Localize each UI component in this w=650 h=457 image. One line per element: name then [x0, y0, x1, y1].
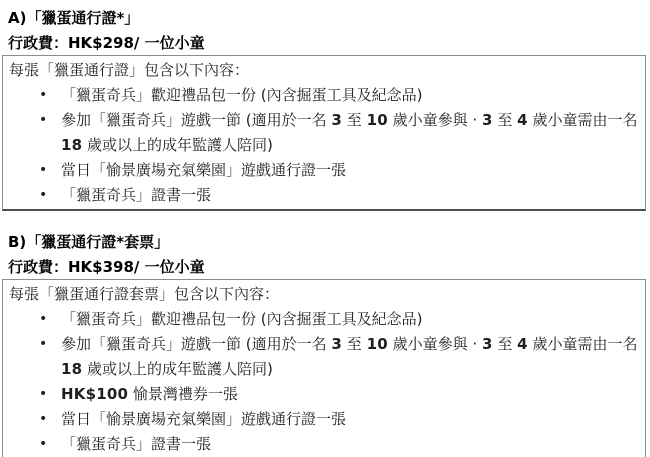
section-a-contents-list: 「獵蛋奇兵」歡迎禮品包一份 (內含掘蛋工具及紀念品) 參加「獵蛋奇兵」遊戲一節 … — [9, 83, 639, 208]
section-b-fee: 行政費：HK$398/ 一位小童 — [8, 259, 647, 275]
list-item: 當日「愉景廣場充氣樂園」遊戲通行證一張 — [39, 407, 639, 432]
section-b: B)「獵蛋通行證*套票」 行政費：HK$398/ 一位小童 每張「獵蛋通行證套票… — [2, 234, 647, 457]
section-b-title: B)「獵蛋通行證*套票」 — [8, 234, 647, 250]
list-item: 參加「獵蛋奇兵」遊戲一節 (適用於一名 3 至 10 歲小童參與 · 3 至 4… — [39, 332, 639, 382]
list-item: 當日「愉景廣場充氣樂園」遊戲通行證一張 — [39, 158, 639, 183]
list-item: 「獵蛋奇兵」歡迎禮品包一份 (內含掘蛋工具及紀念品) — [39, 307, 639, 332]
list-item: 「獵蛋奇兵」歡迎禮品包一份 (內含掘蛋工具及紀念品) — [39, 83, 639, 108]
list-item: HK$100 愉景灣禮券一張 — [39, 382, 639, 407]
section-b-contents-list: 「獵蛋奇兵」歡迎禮品包一份 (內含掘蛋工具及紀念品) 參加「獵蛋奇兵」遊戲一節 … — [9, 307, 639, 457]
section-b-contents-box: 每張「獵蛋通行證套票」包含以下內容： 「獵蛋奇兵」歡迎禮品包一份 (內含掘蛋工具… — [2, 279, 646, 457]
list-item: 「獵蛋奇兵」證書一張 — [39, 432, 639, 457]
section-divider-gap — [2, 211, 647, 234]
section-b-contents-intro: 每張「獵蛋通行證套票」包含以下內容： — [9, 282, 639, 307]
section-a-title: A)「獵蛋通行證*」 — [8, 10, 647, 26]
section-a-contents-box: 每張「獵蛋通行證」包含以下內容： 「獵蛋奇兵」歡迎禮品包一份 (內含掘蛋工具及紀… — [2, 55, 646, 211]
list-item: 參加「獵蛋奇兵」遊戲一節 (適用於一名 3 至 10 歲小童參與 · 3 至 4… — [39, 108, 639, 158]
section-a-fee: 行政費：HK$298/ 一位小童 — [8, 35, 647, 51]
section-a: A)「獵蛋通行證*」 行政費：HK$298/ 一位小童 每張「獵蛋通行證」包含以… — [2, 10, 647, 211]
section-a-contents-intro: 每張「獵蛋通行證」包含以下內容： — [9, 58, 639, 83]
list-item: 「獵蛋奇兵」證書一張 — [39, 183, 639, 208]
document-page: A)「獵蛋通行證*」 行政費：HK$298/ 一位小童 每張「獵蛋通行證」包含以… — [0, 0, 650, 457]
